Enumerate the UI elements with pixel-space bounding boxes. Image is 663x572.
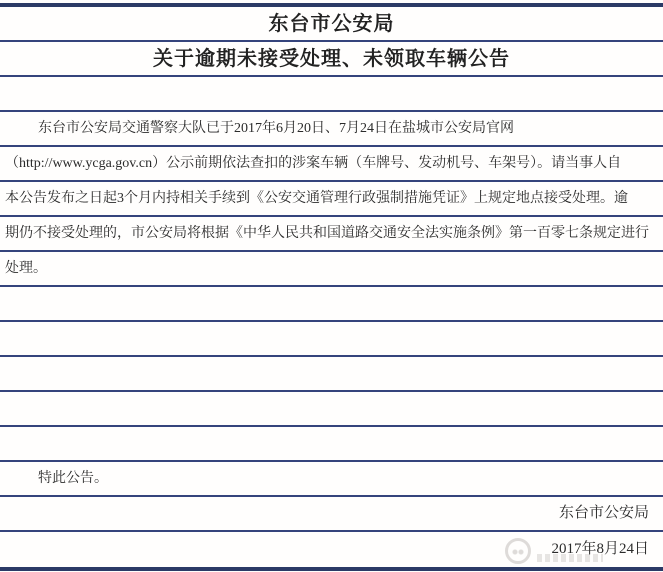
blank-row (0, 77, 663, 112)
signature-text: 东台市公安局 (559, 506, 649, 521)
body-line-3: 本公告发布之日起3个月内持相关手续到《公安交通管理行政强制措施凭证》上规定地点接… (5, 192, 628, 206)
signature-row: 东台市公安局 (0, 497, 663, 532)
blank-row (0, 427, 663, 462)
body-line-1: 东台市公安局交通警察大队已于2017年6月20日、7月24日在盐城市公安局官网 (38, 122, 514, 136)
body-line-row: 东台市公安局交通警察大队已于2017年6月20日、7月24日在盐城市公安局官网 (0, 112, 663, 147)
blank-row (0, 322, 663, 357)
blank-row (0, 357, 663, 392)
watermark-logo-icon (505, 538, 531, 564)
body-line-row: 期仍不接受处理的，市公安局将根据《中华人民共和国道路交通安全法实施条例》第一百零… (0, 217, 663, 252)
body-line-row: （http://www.ycga.gov.cn）公示前期依法查扣的涉案车辆（车牌… (0, 147, 663, 182)
body-line-row: 本公告发布之日起3个月内持相关手续到《公安交通管理行政强制措施凭证》上规定地点接… (0, 182, 663, 217)
agency-name: 东台市公安局 (269, 14, 395, 34)
agency-name-row: 东台市公安局 (0, 7, 663, 42)
body-line-4: 期仍不接受处理的，市公安局将根据《中华人民共和国道路交通安全法实施条例》第一百零… (5, 227, 649, 241)
closing-row: 特此公告。 (0, 462, 663, 497)
date-text: 2017年8月24日 (551, 542, 649, 557)
notice-document: 东台市公安局 关于逾期未接受处理、未领取车辆公告 东台市公安局交通警察大队已于2… (0, 0, 663, 572)
notice-ruled-sheet: 东台市公安局 关于逾期未接受处理、未领取车辆公告 东台市公安局交通警察大队已于2… (0, 3, 663, 571)
body-line-5: 处理。 (5, 262, 47, 276)
body-line-2: （http://www.ycga.gov.cn）公示前期依法查扣的涉案车辆（车牌… (5, 157, 621, 171)
date-row: 2017年8月24日 (0, 532, 663, 567)
blank-row (0, 287, 663, 322)
notice-title: 关于逾期未接受处理、未领取车辆公告 (153, 49, 510, 69)
blank-row (0, 392, 663, 427)
notice-title-row: 关于逾期未接受处理、未领取车辆公告 (0, 42, 663, 77)
closing-text: 特此公告。 (38, 472, 108, 486)
body-line-row: 处理。 (0, 252, 663, 287)
